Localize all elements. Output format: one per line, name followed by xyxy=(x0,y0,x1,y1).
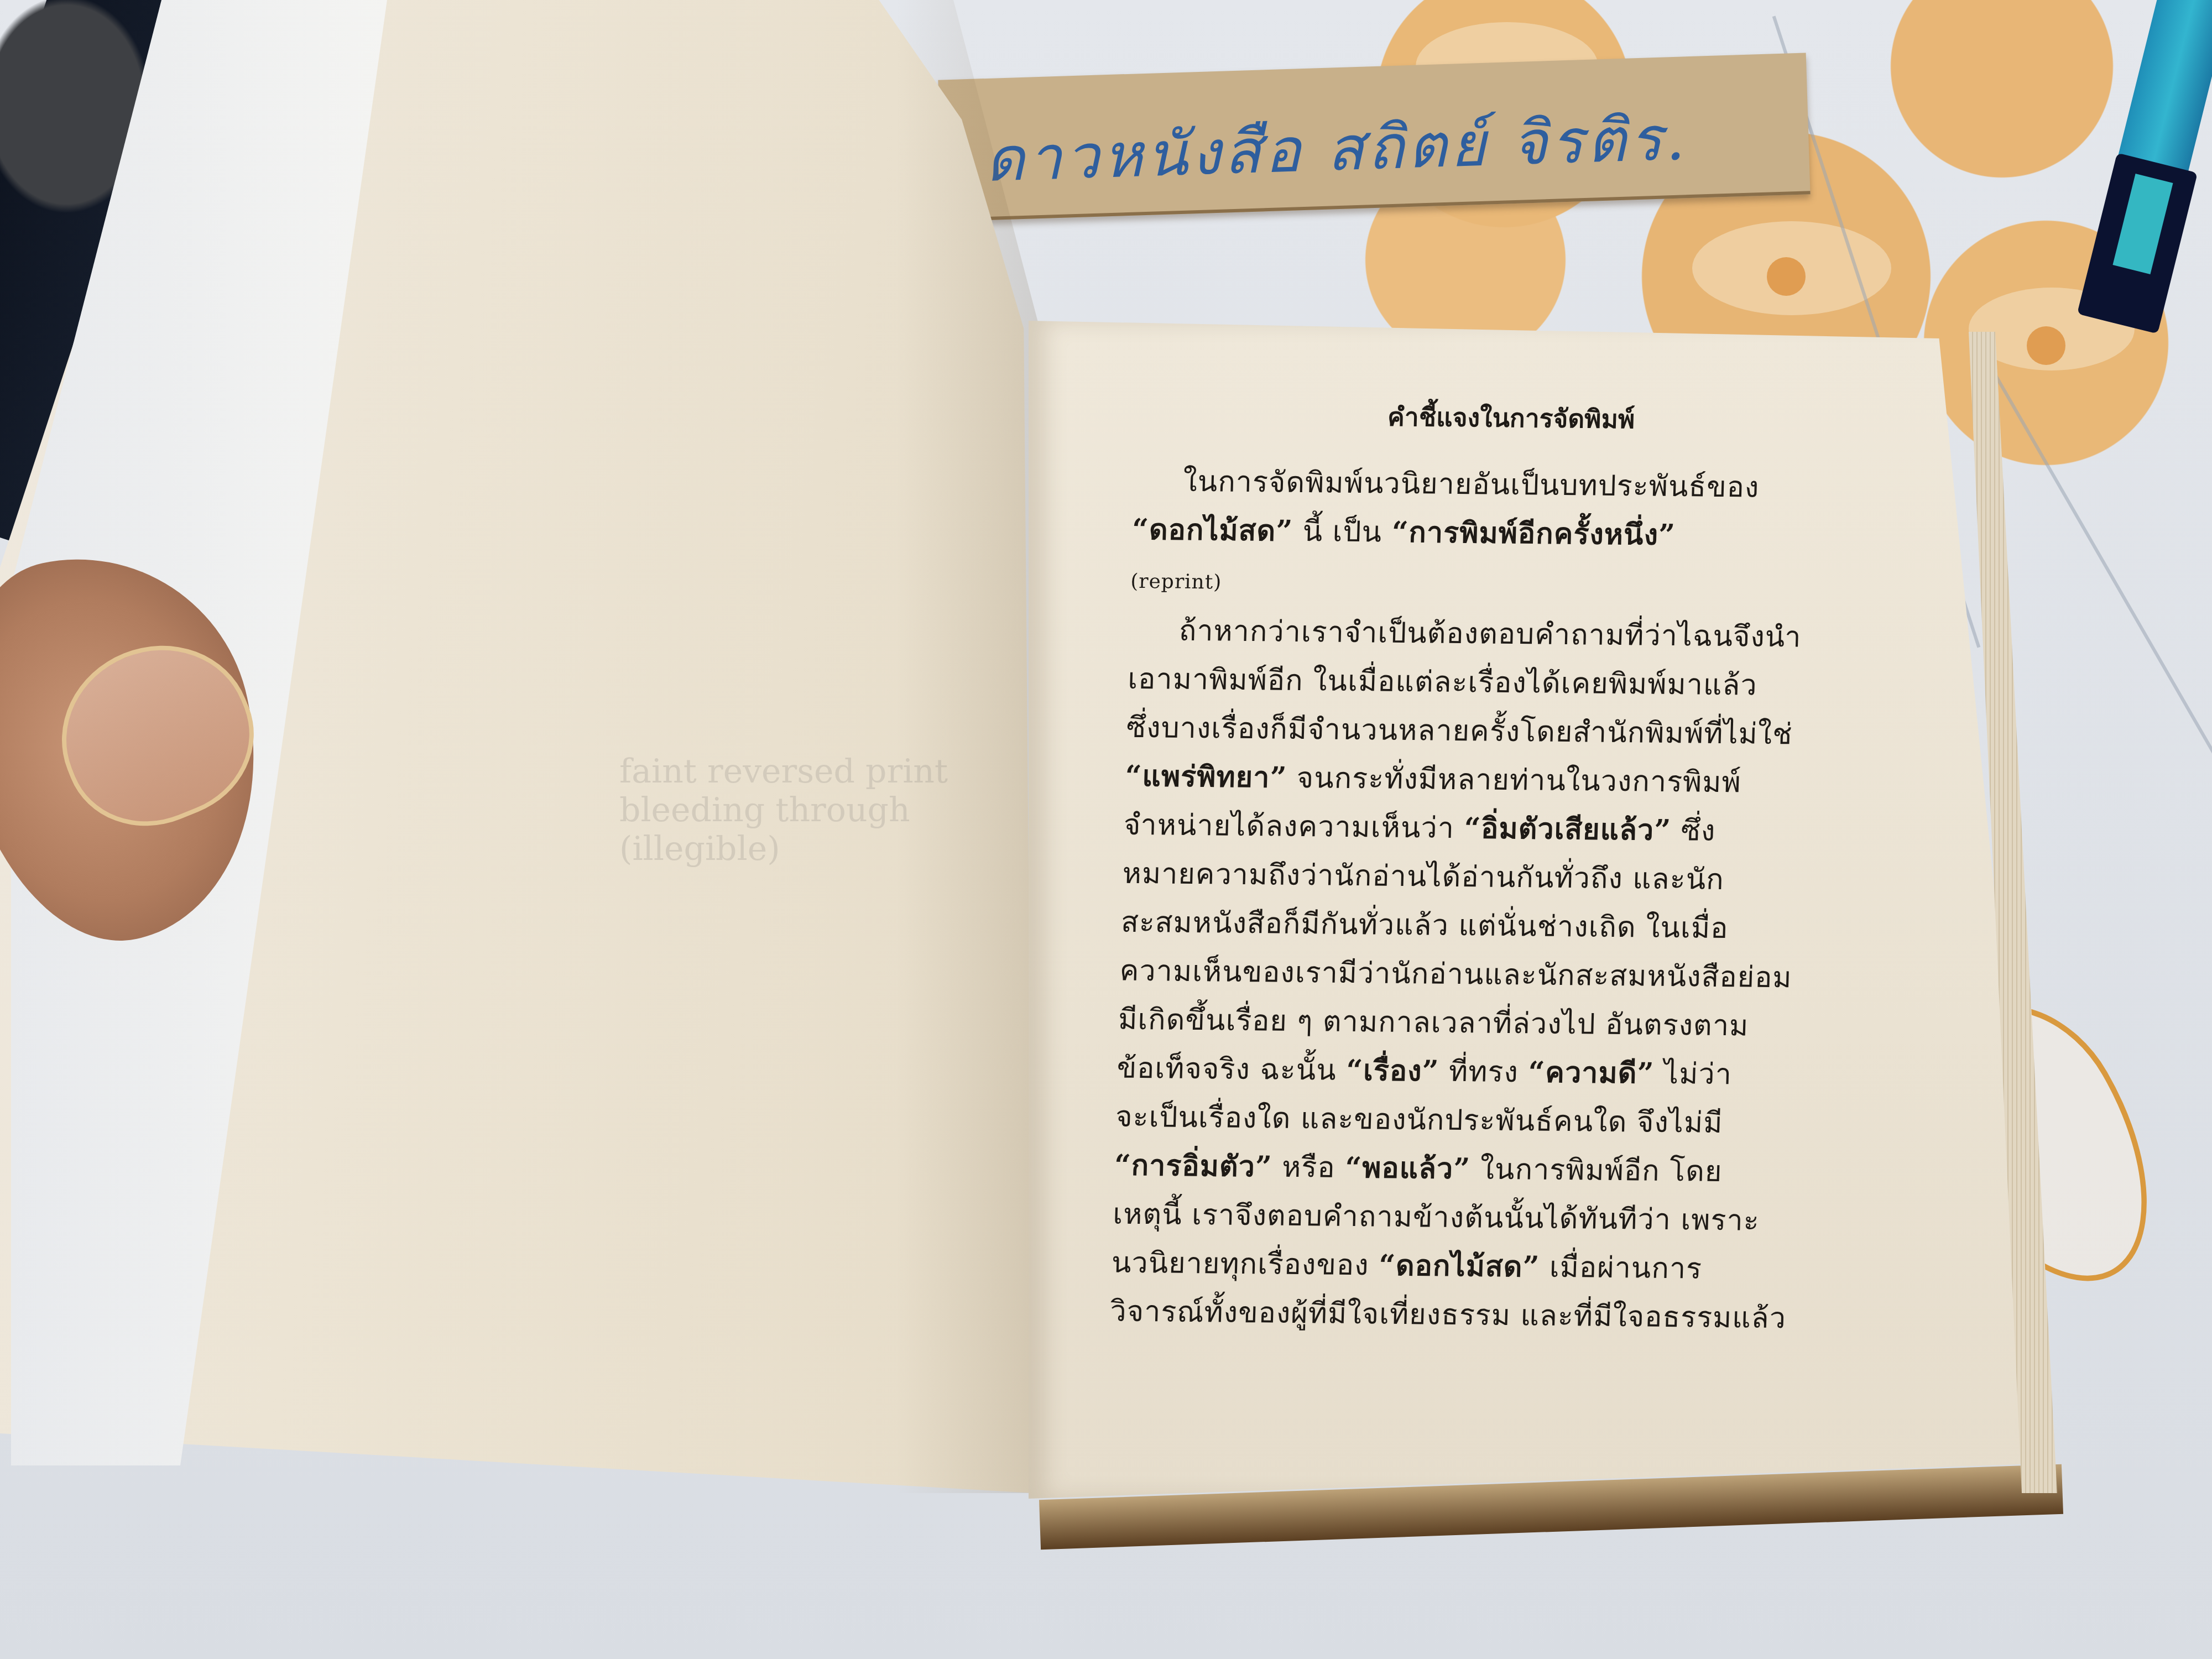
text-segment: ซึ่งบางเรื่องก็มีจำนวนหลายครั้งโดยสำนักพ… xyxy=(1126,711,1793,752)
text-line: เหตุนี้ เราจึงตอบคำถามข้างต้นนั้นได้ทันท… xyxy=(1112,1190,1887,1247)
text-segment: สะสมหนังสือก็มีกันทั่วแล้ว แต่นั่นช่างเถ… xyxy=(1120,906,1729,945)
text-segment: นวนิยายทุกเรื่องของ xyxy=(1111,1246,1379,1282)
text-segment: นี้ เป็น xyxy=(1292,515,1392,549)
bold-phrase: “แพร่พิทยา” xyxy=(1125,759,1287,795)
text-line: วิจารณ์ทั้งของผู้ที่มีใจเที่ยงธรรม และที… xyxy=(1109,1287,1885,1344)
text-segment: หรือ xyxy=(1272,1151,1345,1185)
bold-phrase: “การอิ่มตัว” xyxy=(1114,1149,1273,1184)
text-line: นวนิยายทุกเรื่องของ “ดอกไม้สด” เมื่อผ่าน… xyxy=(1111,1239,1886,1296)
text-segment: ถ้าหากว่าเราจำเป็นต้องตอบคำถามที่ว่าไฉนจ… xyxy=(1178,614,1802,654)
text-segment: ความเห็นของเรามีว่านักอ่านและนักสะสมหนัง… xyxy=(1119,954,1793,995)
bold-phrase: “การพิมพ์อีกครั้งหนึ่ง” xyxy=(1391,515,1676,552)
text-segment: จะเป็นเรื่องใด และของนักประพันธ์คนใด จึง… xyxy=(1115,1100,1723,1140)
bold-phrase: “ดอกไม้สด” xyxy=(1131,513,1293,548)
text-segment: (reprint) xyxy=(1130,570,1222,594)
text-segment: ในการจัดพิมพ์นวนิยายอันเป็นบทประพันธ์ของ xyxy=(1183,465,1760,504)
text-segment: หมายความถึงว่านักอ่านได้อ่านกันทั่วถึง แ… xyxy=(1122,857,1725,896)
text-line: หมายความถึงว่านักอ่านได้อ่านกันทั่วถึง แ… xyxy=(1121,849,1897,906)
text-line: (reprint) xyxy=(1130,554,1906,614)
bold-phrase: “ความดี” xyxy=(1528,1055,1655,1090)
page-body-lines: ในการจัดพิมพ์นวนิยายอันเป็นบทประพันธ์ของ… xyxy=(1109,457,1908,1344)
text-line: เอามาพิมพ์อีก ในเมื่อแต่ละเรื่องได้เคยพิ… xyxy=(1127,655,1902,712)
bold-phrase: “อิ่มตัวเสียแล้ว” xyxy=(1464,811,1672,847)
text-line: จะเป็นเรื่องใด และของนักประพันธ์คนใด จึง… xyxy=(1115,1093,1890,1150)
text-segment: เหตุนี้ เราจึงตอบคำถามข้างต้นนั้นได้ทันท… xyxy=(1113,1198,1760,1238)
text-segment: จำหน่ายได้ลงความเห็นว่า xyxy=(1123,808,1464,845)
text-line: “ดอกไม้สด” นี้ เป็น “การพิมพ์อีกครั้งหนึ… xyxy=(1131,505,1907,562)
bold-phrase: “เรื่อง” xyxy=(1346,1053,1440,1088)
text-segment: วิจารณ์ทั้งของผู้ที่มีใจเที่ยงธรรม และที… xyxy=(1110,1295,1787,1335)
text-segment: ที่ทรง xyxy=(1439,1055,1529,1089)
bold-phrase: “พอแล้ว” xyxy=(1344,1151,1471,1186)
text-line: สะสมหนังสือก็มีกันทั่วแล้ว แต่นั่นช่างเถ… xyxy=(1120,898,1896,955)
text-line: “การอิ่มตัว” หรือ “พอแล้ว” ในการพิมพ์อีก… xyxy=(1114,1141,1889,1198)
text-segment: ข้อเท็จจริง ฉะนั้น xyxy=(1117,1052,1347,1087)
bold-phrase: “ดอกไม้สด” xyxy=(1378,1249,1540,1284)
page-heading: คำชี้แจงในการจัดพิมพ์ xyxy=(1113,394,1910,442)
text-line: ในการจัดพิมพ์นวนิยายอันเป็นบทประพันธ์ของ xyxy=(1133,457,1908,514)
text-line: จำหน่ายได้ลงความเห็นว่า “อิ่มตัวเสียแล้ว… xyxy=(1123,801,1898,858)
sign-text: ดาวหนังสือ สถิตย์ จิรติร. xyxy=(983,90,1689,208)
text-line: “แพร่พิทยา” จนกระทั่งมีหลายท่านในวงการพิ… xyxy=(1124,752,1900,809)
text-line: ซึ่งบางเรื่องก็มีจำนวนหลายครั้งโดยสำนักพ… xyxy=(1126,703,1901,760)
text-segment: ซึ่ง xyxy=(1671,814,1716,848)
text-segment: จนกระทั่งมีหลายท่านในวงการพิมพ์ xyxy=(1286,761,1741,800)
text-segment: มีเกิดขึ้นเรื่อย ๆ ตามกาลเวลาที่ล่วงไป อ… xyxy=(1118,1003,1749,1043)
text-line: ข้อเท็จจริง ฉะนั้น “เรื่อง” ที่ทรง “ความ… xyxy=(1117,1044,1892,1101)
page-text: คำชี้แจงในการจัดพิมพ์ ในการจัดพิมพ์นวนิย… xyxy=(1109,394,1910,1344)
text-line: มีเกิดขึ้นเรื่อย ๆ ตามกาลเวลาที่ล่วงไป อ… xyxy=(1118,995,1893,1052)
text-line: ถ้าหากว่าเราจำเป็นต้องตอบคำถามที่ว่าไฉนจ… xyxy=(1129,606,1904,663)
text-segment: ในการพิมพ์อีก โดย xyxy=(1470,1152,1723,1188)
text-segment: เมื่อผ่านการ xyxy=(1540,1251,1703,1286)
handwritten-cardboard-sign: ดาวหนังสือ สถิตย์ จิรติร. xyxy=(938,53,1810,221)
text-line: ความเห็นของเรามีว่านักอ่านและนักสะสมหนัง… xyxy=(1119,947,1894,1004)
text-segment: เอามาพิมพ์อีก ในเมื่อแต่ละเรื่องได้เคยพิ… xyxy=(1128,662,1758,702)
text-segment: ไม่ว่า xyxy=(1654,1057,1733,1091)
